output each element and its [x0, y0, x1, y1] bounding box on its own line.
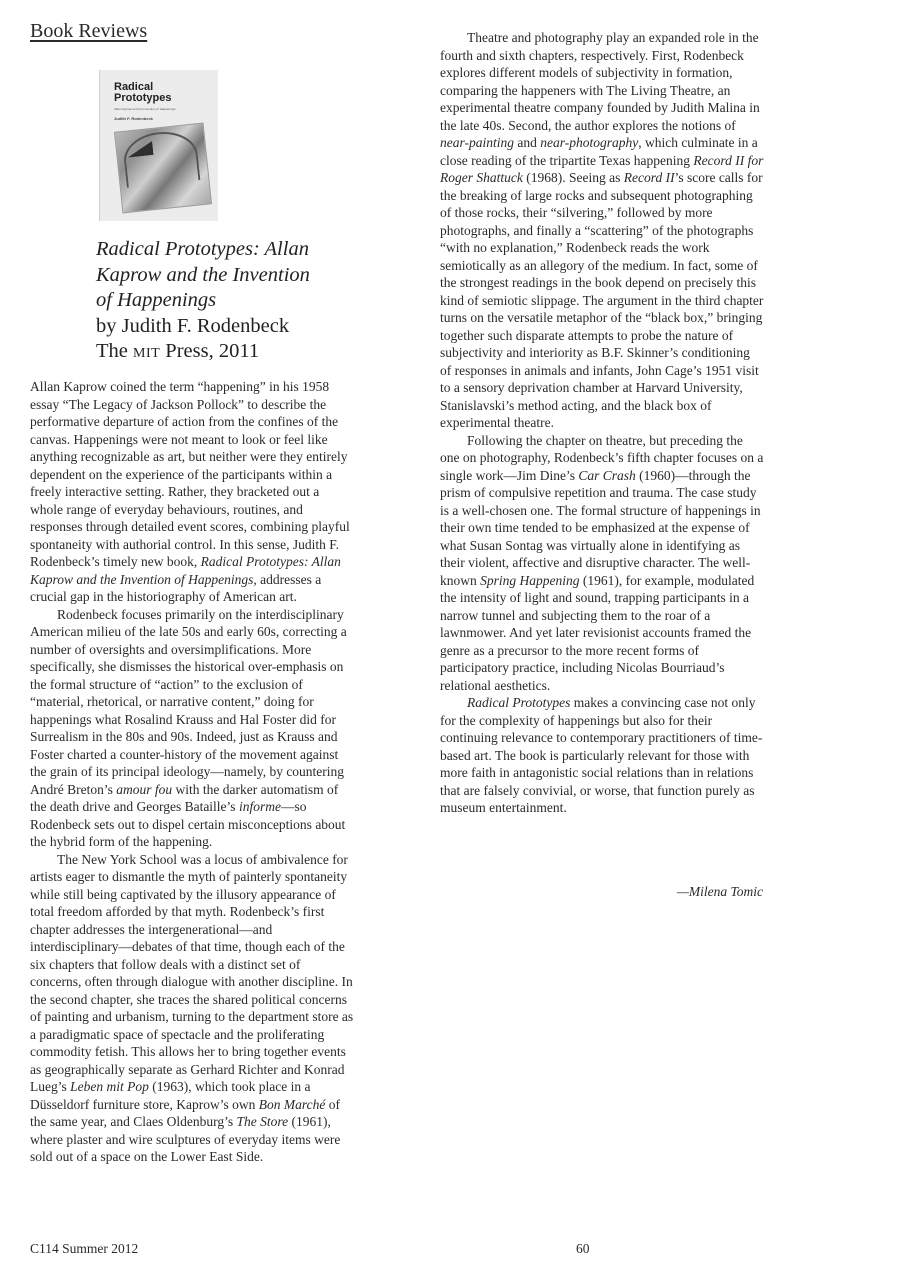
- text: Allan Kaprow coined the term “happening”…: [30, 379, 350, 569]
- book-title-italic: Radical Prototypes: [467, 695, 570, 710]
- publisher-year: Press, 2011: [160, 340, 259, 362]
- artwork-title: Spring Happening: [480, 573, 579, 588]
- cover-title-line2: Prototypes: [114, 93, 171, 104]
- artwork-title: The Store: [237, 1114, 289, 1129]
- book-author: by Judith F. Rodenbeck: [96, 314, 310, 340]
- book-publisher: The mit Press, 2011: [96, 339, 310, 365]
- text: and: [514, 135, 540, 150]
- text: Theatre and photography play an expanded…: [440, 30, 760, 133]
- paragraph-6: Radical Prototypes makes a convincing ca…: [440, 694, 764, 817]
- artwork-title: Car Crash: [578, 468, 635, 483]
- page-number: 60: [576, 1241, 590, 1257]
- cover-artwork: [114, 123, 212, 214]
- text: (1968). Seeing as: [523, 170, 624, 185]
- text: makes a convincing case not only for the…: [440, 695, 762, 815]
- book-title-line1: Radical Prototypes: Allan: [96, 237, 310, 263]
- publisher-mit: mit: [133, 340, 160, 362]
- paragraph-1: Allan Kaprow coined the term “happening”…: [30, 378, 355, 606]
- artwork-title: Leben mit Pop: [70, 1079, 149, 1094]
- left-column: Allan Kaprow coined the term “happening”…: [30, 378, 355, 1166]
- book-title-line2: Kaprow and the Invention: [96, 263, 310, 289]
- book-title-line3: of Happenings: [96, 288, 310, 314]
- publisher-the: The: [96, 340, 133, 362]
- book-citation: Radical Prototypes: Allan Kaprow and the…: [96, 237, 310, 365]
- artwork-title: Bon Marché: [259, 1097, 326, 1112]
- reviewer-signature: —Milena Tomic: [440, 884, 763, 900]
- text: (1961), for example, modulated the inten…: [440, 573, 754, 693]
- right-column: Theatre and photography play an expanded…: [440, 29, 764, 817]
- text: The New York School was a locus of ambiv…: [30, 852, 353, 1095]
- paragraph-3: The New York School was a locus of ambiv…: [30, 851, 355, 1166]
- paragraph-2: Rodenbeck focuses primarily on the inter…: [30, 606, 355, 851]
- text: ’s score calls for the breaking of large…: [440, 170, 763, 430]
- italic-term: near-photography: [540, 135, 638, 150]
- text: Rodenbeck focuses primarily on the inter…: [30, 607, 347, 797]
- footer-issue: C114 Summer 2012: [30, 1241, 138, 1257]
- italic-term: near-painting: [440, 135, 514, 150]
- cover-author: Judith F. Rodenbeck: [114, 116, 153, 121]
- book-cover-image: Radical Prototypes Allan Kaprow and the …: [99, 70, 218, 221]
- italic-term: informe: [239, 799, 281, 814]
- paragraph-5: Following the chapter on theatre, but pr…: [440, 432, 764, 695]
- cover-title: Radical Prototypes: [114, 82, 171, 104]
- paragraph-4: Theatre and photography play an expanded…: [440, 29, 764, 432]
- text: (1960)—through the prism of compulsive r…: [440, 468, 761, 588]
- italic-term: amour fou: [116, 782, 172, 797]
- section-title: Book Reviews: [30, 20, 147, 43]
- artwork-title: Record II: [624, 170, 675, 185]
- cover-subtitle: Allan Kaprow and the Invention of Happen…: [114, 107, 209, 111]
